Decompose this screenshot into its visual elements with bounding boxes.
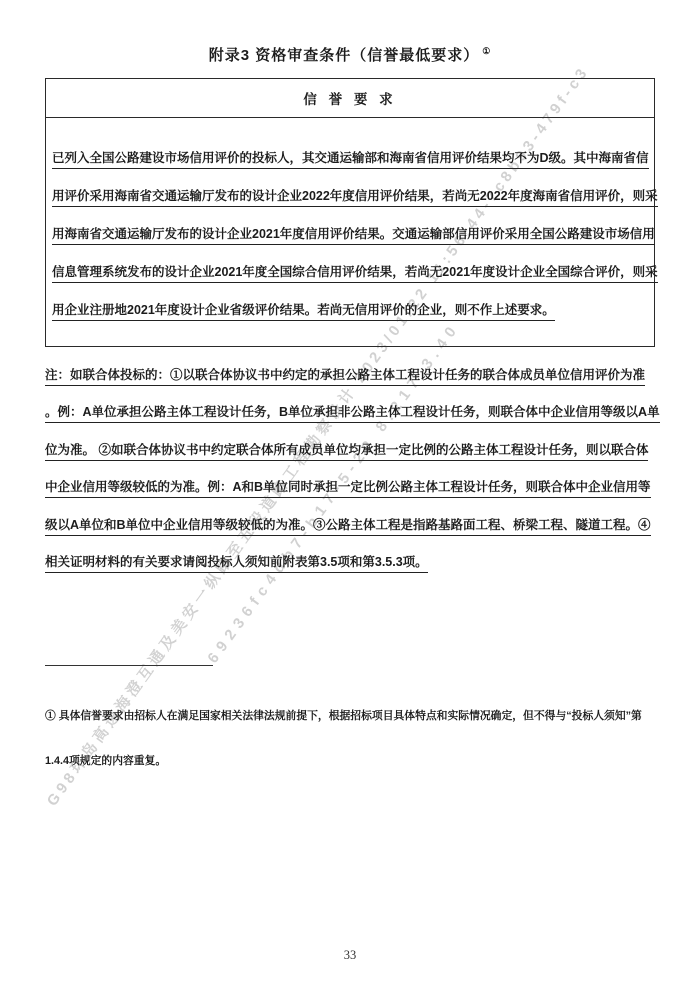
note-line: 。例：A单位承担公路主体工程设计任务，B单位承担非公路主体工程设计任务，则联合体… — [45, 386, 657, 424]
footnote-line: ① 具体信誉要求由招标人在满足国家相关法律法规前提下，根据招标项目具体特点和实际… — [45, 678, 657, 723]
credit-requirements-table: 信 誉 要 求 已列入全国公路建设市场信用评价的投标人，其交通运输部和海南省信用… — [45, 78, 655, 347]
page-title: 附录3 资格审查条件（信誉最低要求）① — [0, 44, 700, 65]
document-page: G98环岛高速海澄互通及美安一纵路至五段道路工程勘察设计 2023/01/22 … — [0, 0, 700, 989]
table-header-cell: 信 誉 要 求 — [46, 79, 654, 118]
title-footnote-marker: ① — [482, 46, 491, 56]
table-body-line: 用企业注册地2021年度设计企业省级评价结果。若尚无信用评价的企业，则不作上述要… — [52, 283, 648, 321]
footnote-line-text: 1.4.4项规定的内容重复。 — [45, 753, 166, 768]
footnote-line: 1.4.4项规定的内容重复。 — [45, 723, 657, 768]
note-line: 相关证明材料的有关要求请阅投标人须知前附表第3.5项和第3.5.3项。 — [45, 536, 657, 574]
note-line-text: 级以A单位和B单位中企业信用等级较低的为准。③公路主体工程是指路基路面工程、桥梁… — [45, 515, 651, 536]
footnote-paragraph: ① 具体信誉要求由招标人在满足国家相关法律法规前提下，根据招标项目具体特点和实际… — [45, 678, 657, 768]
page-title-text: 附录3 资格审查条件（信誉最低要求） — [209, 47, 480, 64]
note-line: 级以A单位和B单位中企业信用等级较低的为准。③公路主体工程是指路基路面工程、桥梁… — [45, 498, 657, 536]
note-line: 中企业信用等级较低的为准。例：A和B单位同时承担一定比例公路主体工程设计任务，则… — [45, 461, 657, 499]
footnote-line-text: ① 具体信誉要求由招标人在满足国家相关法律法规前提下，根据招标项目具体特点和实际… — [45, 708, 642, 723]
table-body-cell: 已列入全国公路建设市场信用评价的投标人，其交通运输部和海南省信用评价结果均不为D… — [46, 118, 654, 321]
note-line-text: 。例：A单位承担公路主体工程设计任务，B单位承担非公路主体工程设计任务，则联合体… — [45, 402, 660, 423]
table-body-line: 用评价采用海南省交通运输厅发布的设计企业2022年度信用评价结果，若尚无2022… — [52, 169, 648, 207]
table-body-line-text: 用企业注册地2021年度设计企业省级评价结果。若尚无信用评价的企业，则不作上述要… — [52, 300, 555, 321]
page-number: 33 — [0, 948, 700, 963]
table-body-line-text: 用海南省交通运输厅发布的设计企业2021年度信用评价结果。交通运输部信用评价采用… — [52, 224, 655, 245]
note-line-text: 位为准。 ②如联合体协议书中约定联合体所有成员单位均承担一定比例的公路主体工程设… — [45, 440, 648, 461]
table-body-line-text: 用评价采用海南省交通运输厅发布的设计企业2022年度信用评价结果，若尚无2022… — [52, 186, 658, 207]
table-body-line: 已列入全国公路建设市场信用评价的投标人，其交通运输部和海南省信用评价结果均不为D… — [52, 131, 648, 169]
table-body-line-text: 信息管理系统发布的设计企业2021年度全国综合信用评价结果，若尚无2021年度设… — [52, 262, 658, 283]
note-paragraph: 注：如联合体投标的：①以联合体协议书中约定的承担公路主体工程设计任务的联合体成员… — [45, 348, 657, 573]
note-line-text: 相关证明材料的有关要求请阅投标人须知前附表第3.5项和第3.5.3项。 — [45, 552, 428, 573]
note-line: 注：如联合体投标的：①以联合体协议书中约定的承担公路主体工程设计任务的联合体成员… — [45, 348, 657, 386]
table-body-line: 用海南省交通运输厅发布的设计企业2021年度信用评价结果。交通运输部信用评价采用… — [52, 207, 648, 245]
note-line: 位为准。 ②如联合体协议书中约定联合体所有成员单位均承担一定比例的公路主体工程设… — [45, 423, 657, 461]
footnote-separator — [45, 665, 213, 666]
note-line-text: 注：如联合体投标的：①以联合体协议书中约定的承担公路主体工程设计任务的联合体成员… — [45, 365, 645, 386]
note-line-text: 中企业信用等级较低的为准。例：A和B单位同时承担一定比例公路主体工程设计任务，则… — [45, 477, 651, 498]
table-body-line: 信息管理系统发布的设计企业2021年度全国综合信用评价结果，若尚无2021年度设… — [52, 245, 648, 283]
table-body-line-text: 已列入全国公路建设市场信用评价的投标人，其交通运输部和海南省信用评价结果均不为D… — [52, 148, 649, 169]
